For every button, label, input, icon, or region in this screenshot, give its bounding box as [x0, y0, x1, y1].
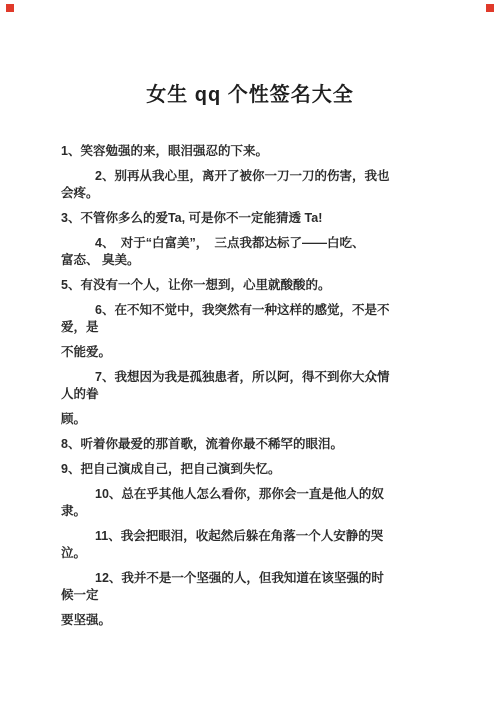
text-line: 8、听着你最爱的那首歌，流着你最不稀罕的眼泪。 — [61, 437, 343, 451]
signature-item-7: 7、我想因为我是孤独患者，所以阿，得不到你大众情 人的眷 — [61, 369, 421, 403]
signature-item-4: 4、 对于“白富美”， 三点我都达标了——白吃、 富态、 臭美。 — [61, 235, 421, 269]
text-line: 人的眷 — [61, 386, 421, 403]
signature-item-3: 3、不管你多么的爱Ta, 可是你不一定能猜透 Ta! — [61, 210, 421, 227]
text-line: 5、有没有一个人，让你一想到，心里就酸酸的。 — [61, 278, 330, 292]
text-line: 7、我想因为我是孤独患者，所以阿，得不到你大众情 — [61, 369, 421, 386]
red-corner-mark-right — [486, 4, 494, 12]
signature-item-1: 1、笑容勉强的来，眼泪强忍的下来。 — [61, 143, 421, 160]
text-line: 12、我并不是一个坚强的人，但我知道在该坚强的时 — [61, 570, 421, 587]
signature-item-6-continued: 不能爱。 — [61, 344, 421, 361]
text-line: 1、笑容勉强的来，眼泪强忍的下来。 — [61, 144, 268, 158]
document-page: { "title": "女生 qq 个性签名大全", "accents": { … — [0, 0, 500, 708]
signature-item-2: 2、别再从我心里，离开了被你一刀一刀的伤害，我也 会疼。 — [61, 168, 421, 202]
signature-item-5: 5、有没有一个人，让你一想到，心里就酸酸的。 — [61, 277, 421, 294]
signature-item-8: 8、听着你最爱的那首歌，流着你最不稀罕的眼泪。 — [61, 436, 421, 453]
signature-list: 1、笑容勉强的来，眼泪强忍的下来。 2、别再从我心里，离开了被你一刀一刀的伤害，… — [61, 143, 421, 637]
signature-item-11: 11、我会把眼泪，收起然后躲在角落一个人安静的哭 泣。 — [61, 528, 421, 562]
text-line: 顾。 — [61, 412, 86, 426]
text-line: 3、不管你多么的爱Ta, 可是你不一定能猜透 Ta! — [61, 211, 322, 225]
signature-item-12-continued: 要坚强。 — [61, 612, 421, 629]
text-line: 11、我会把眼泪，收起然后躲在角落一个人安静的哭 — [61, 528, 421, 545]
text-line: 2、别再从我心里，离开了被你一刀一刀的伤害，我也 — [61, 168, 421, 185]
text-line: 候一定 — [61, 587, 421, 604]
red-corner-mark-left — [6, 4, 14, 12]
text-line: 会疼。 — [61, 185, 421, 202]
text-line: 6、在不知不觉中，我突然有一种这样的感觉，不是不 — [61, 302, 421, 319]
signature-item-6: 6、在不知不觉中，我突然有一种这样的感觉，不是不 爱，是 — [61, 302, 421, 336]
text-line: 4、 对于“白富美”， 三点我都达标了——白吃、 — [61, 235, 421, 252]
page-title: 女生 qq 个性签名大全 — [0, 78, 500, 107]
text-line: 隶。 — [61, 503, 421, 520]
text-line: 9、把自己演成自己，把自己演到失忆。 — [61, 462, 280, 476]
text-line: 爱，是 — [61, 319, 421, 336]
signature-item-10: 10、总在乎其他人怎么看你，那你会一直是他人的奴 隶。 — [61, 486, 421, 520]
signature-item-7-continued: 顾。 — [61, 411, 421, 428]
signature-item-12: 12、我并不是一个坚强的人，但我知道在该坚强的时 候一定 — [61, 570, 421, 604]
text-line: 泣。 — [61, 545, 421, 562]
text-line: 要坚强。 — [61, 613, 111, 627]
text-line: 富态、 臭美。 — [61, 252, 421, 269]
text-line: 10、总在乎其他人怎么看你，那你会一直是他人的奴 — [61, 486, 421, 503]
text-line: 不能爱。 — [61, 345, 111, 359]
signature-item-9: 9、把自己演成自己，把自己演到失忆。 — [61, 461, 421, 478]
